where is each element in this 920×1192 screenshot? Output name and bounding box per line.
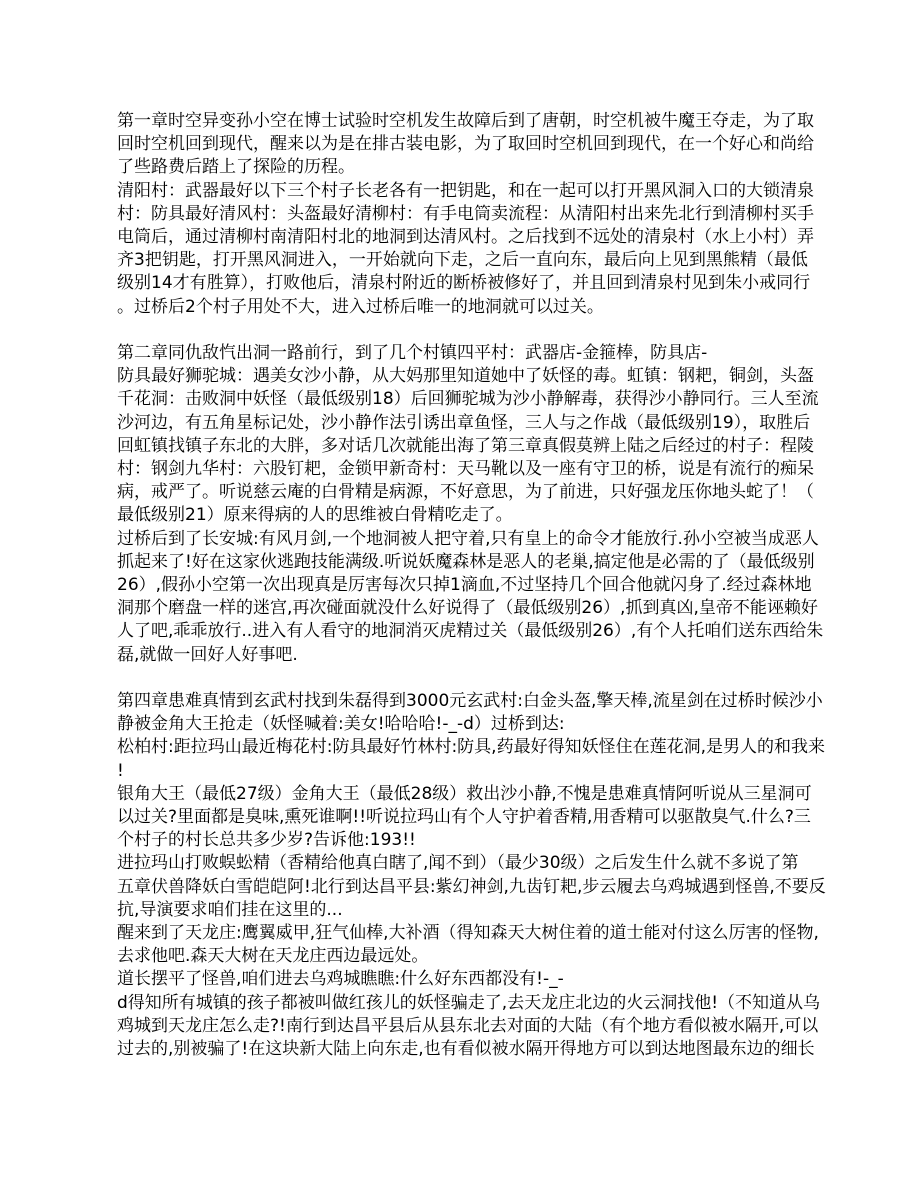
text-line: 第二章同仇敌忾出洞一路前行，到了几个村镇四平村：武器店-金箍棒，防具店- xyxy=(117,342,820,365)
text-line: 醒来到了天龙庄:鹰翼威甲,狂气仙棒,大补酒（得知森天大树住着的道士能对付这么厉害… xyxy=(117,922,820,945)
text-line: 银角大王（最低27级）金角大王（最低28级）救出沙小静,不愧是患难真情阿听说从三… xyxy=(117,783,820,806)
text-line: 病，戒严了。听说慈云庵的白骨精是病源，不好意思，为了前进，只好强龙压你地头蛇了！… xyxy=(117,481,820,504)
text-line: 26）,假孙小空第一次出现真是厉害每次只掉1滴血,不过坚持几个回合他就闪身了.经… xyxy=(117,574,820,597)
text-line: 村：防具最好清风村：头盔最好清柳村：有手电筒卖流程：从清阳村出来先北行到清柳村买… xyxy=(117,203,820,226)
text-line: 第四章患难真情到玄武村找到朱磊得到3000元玄武村:白金头盔,擎天棒,流星剑在过… xyxy=(117,690,820,713)
text-line: 过桥后到了长安城:有风月剑,一个地洞被人把守着,只有皇上的命令才能放行.孙小空被… xyxy=(117,528,820,551)
text-line: ! xyxy=(117,760,820,783)
text-line: 防具最好狮驼城：遇美女沙小静，从大妈那里知道她中了妖怪的毒。虹镇：钢耙，铜剑，头… xyxy=(117,365,820,388)
text-line: 回时空机回到现代，醒来以为是在排古装电影，为了取回时空机回到现代，在一个好心和尚… xyxy=(117,133,820,156)
text-line: 五章伏兽降妖白雪皑皑阿!北行到达昌平县:紫幻神剑,九齿钉耙,步云履去乌鸡城遇到怪… xyxy=(117,876,820,899)
text-line: 抗,导演要求咱们挂在这里的... xyxy=(117,899,820,922)
text-line: 第一章时空异变孙小空在博士试验时空机发生故障后到了唐朝，时空机被牛魔王夺走，为了… xyxy=(117,110,820,133)
text-line: 级别14才有胜算），打败他后，清泉村附近的断桥被修好了，并且回到清泉村见到朱小戒… xyxy=(117,272,820,295)
text-line: 进拉玛山打败蜈蚣精（香精给他真白瞎了,闻不到）（最少30级）之后发生什么就不多说… xyxy=(117,852,820,875)
text-line: 磊,就做一回好人好事吧. xyxy=(117,644,820,667)
text-line: 洞那个磨盘一样的迷宫,再次碰面就没什么好说得了（最低级别26）,抓到真凶,皇帝不… xyxy=(117,597,820,620)
text-line: 最低级别21）原来得病的人的思维被白骨精吃走了。 xyxy=(117,504,820,527)
text-line xyxy=(117,319,820,342)
text-line: 。过桥后2个村子用处不大，进入过桥后唯一的地洞就可以过关。 xyxy=(117,296,820,319)
text-line: 抓起来了!好在这家伙逃跑技能满级.听说妖魔森林是恶人的老巢,搞定他是必需的了（最… xyxy=(117,551,820,574)
text-line: 人了吧,乖乖放行..进入有人看守的地洞消灭虎精过关（最低级别26）,有个人托咱们… xyxy=(117,620,820,643)
text-line: 沙河边，有五角星标记处，沙小静作法引诱出章鱼怪，三人与之作战（最低级别19），取… xyxy=(117,412,820,435)
text-line: 道长摆平了怪兽,咱们进去乌鸡城瞧瞧:什么好东西都没有!-_- xyxy=(117,968,820,991)
text-line: d得知所有城镇的孩子都被叫做红孩儿的妖怪骗走了,去天龙庄北边的火云洞找他!（不知… xyxy=(117,992,820,1015)
text-line: 以过关?里面都是臭味,熏死谁啊!!听说拉玛山有个人守护着香精,用香精可以驱散臭气… xyxy=(117,806,820,829)
text-line: 松柏村:距拉玛山最近梅花村:防具最好竹林村:防具,药最好得知妖怪住在莲花洞,是男… xyxy=(117,736,820,759)
document-body: 第一章时空异变孙小空在博士试验时空机发生故障后到了唐朝，时空机被牛魔王夺走，为了… xyxy=(117,110,820,1061)
text-line: 静被金角大王抢走（妖怪喊着:美女!哈哈哈!-_-d）过桥到达: xyxy=(117,713,820,736)
text-line: 了些路费后踏上了探险的历程。 xyxy=(117,156,820,179)
text-line: 去求他吧.森天大树在天龙庄西边最远处。 xyxy=(117,945,820,968)
text-line: 齐3把钥匙，打开黑风洞进入，一开始就向下走，之后一直向东，最后向上见到黑熊精（最… xyxy=(117,249,820,272)
document-page: 第一章时空异变孙小空在博士试验时空机发生故障后到了唐朝，时空机被牛魔王夺走，为了… xyxy=(0,0,920,1192)
text-line: 电筒后，通过清柳村南清阳村北的地洞到达清风村。之后找到不远处的清泉村（水上小村）… xyxy=(117,226,820,249)
text-line: 村：钢剑九华村：六股钉耙，金锁甲新奇村：天马靴以及一座有守卫的桥，说是有流行的痴… xyxy=(117,458,820,481)
text-line: 过去的,别被骗了!在这块新大陆上向东走,也有看似被水隔开得地方可以到达地图最东边… xyxy=(117,1038,820,1061)
text-line: 个村子的村长总共多少岁?告诉他:193!! xyxy=(117,829,820,852)
text-line: 回虹镇找镇子东北的大胖，多对话几次就能出海了第三章真假莫辨上陆之后经过的村子：程… xyxy=(117,435,820,458)
text-line xyxy=(117,667,820,690)
text-line: 清阳村：武器最好以下三个村子长老各有一把钥匙，和在一起可以打开黑风洞入口的大锁清… xyxy=(117,180,820,203)
text-line: 千花洞：击败洞中妖怪（最低级别18）后回狮驼城为沙小静解毒，获得沙小静同行。三人… xyxy=(117,388,820,411)
text-line: 鸡城到天龙庄怎么走?!南行到达昌平县后从县东北去对面的大陆（有个地方看似被水隔开… xyxy=(117,1015,820,1038)
